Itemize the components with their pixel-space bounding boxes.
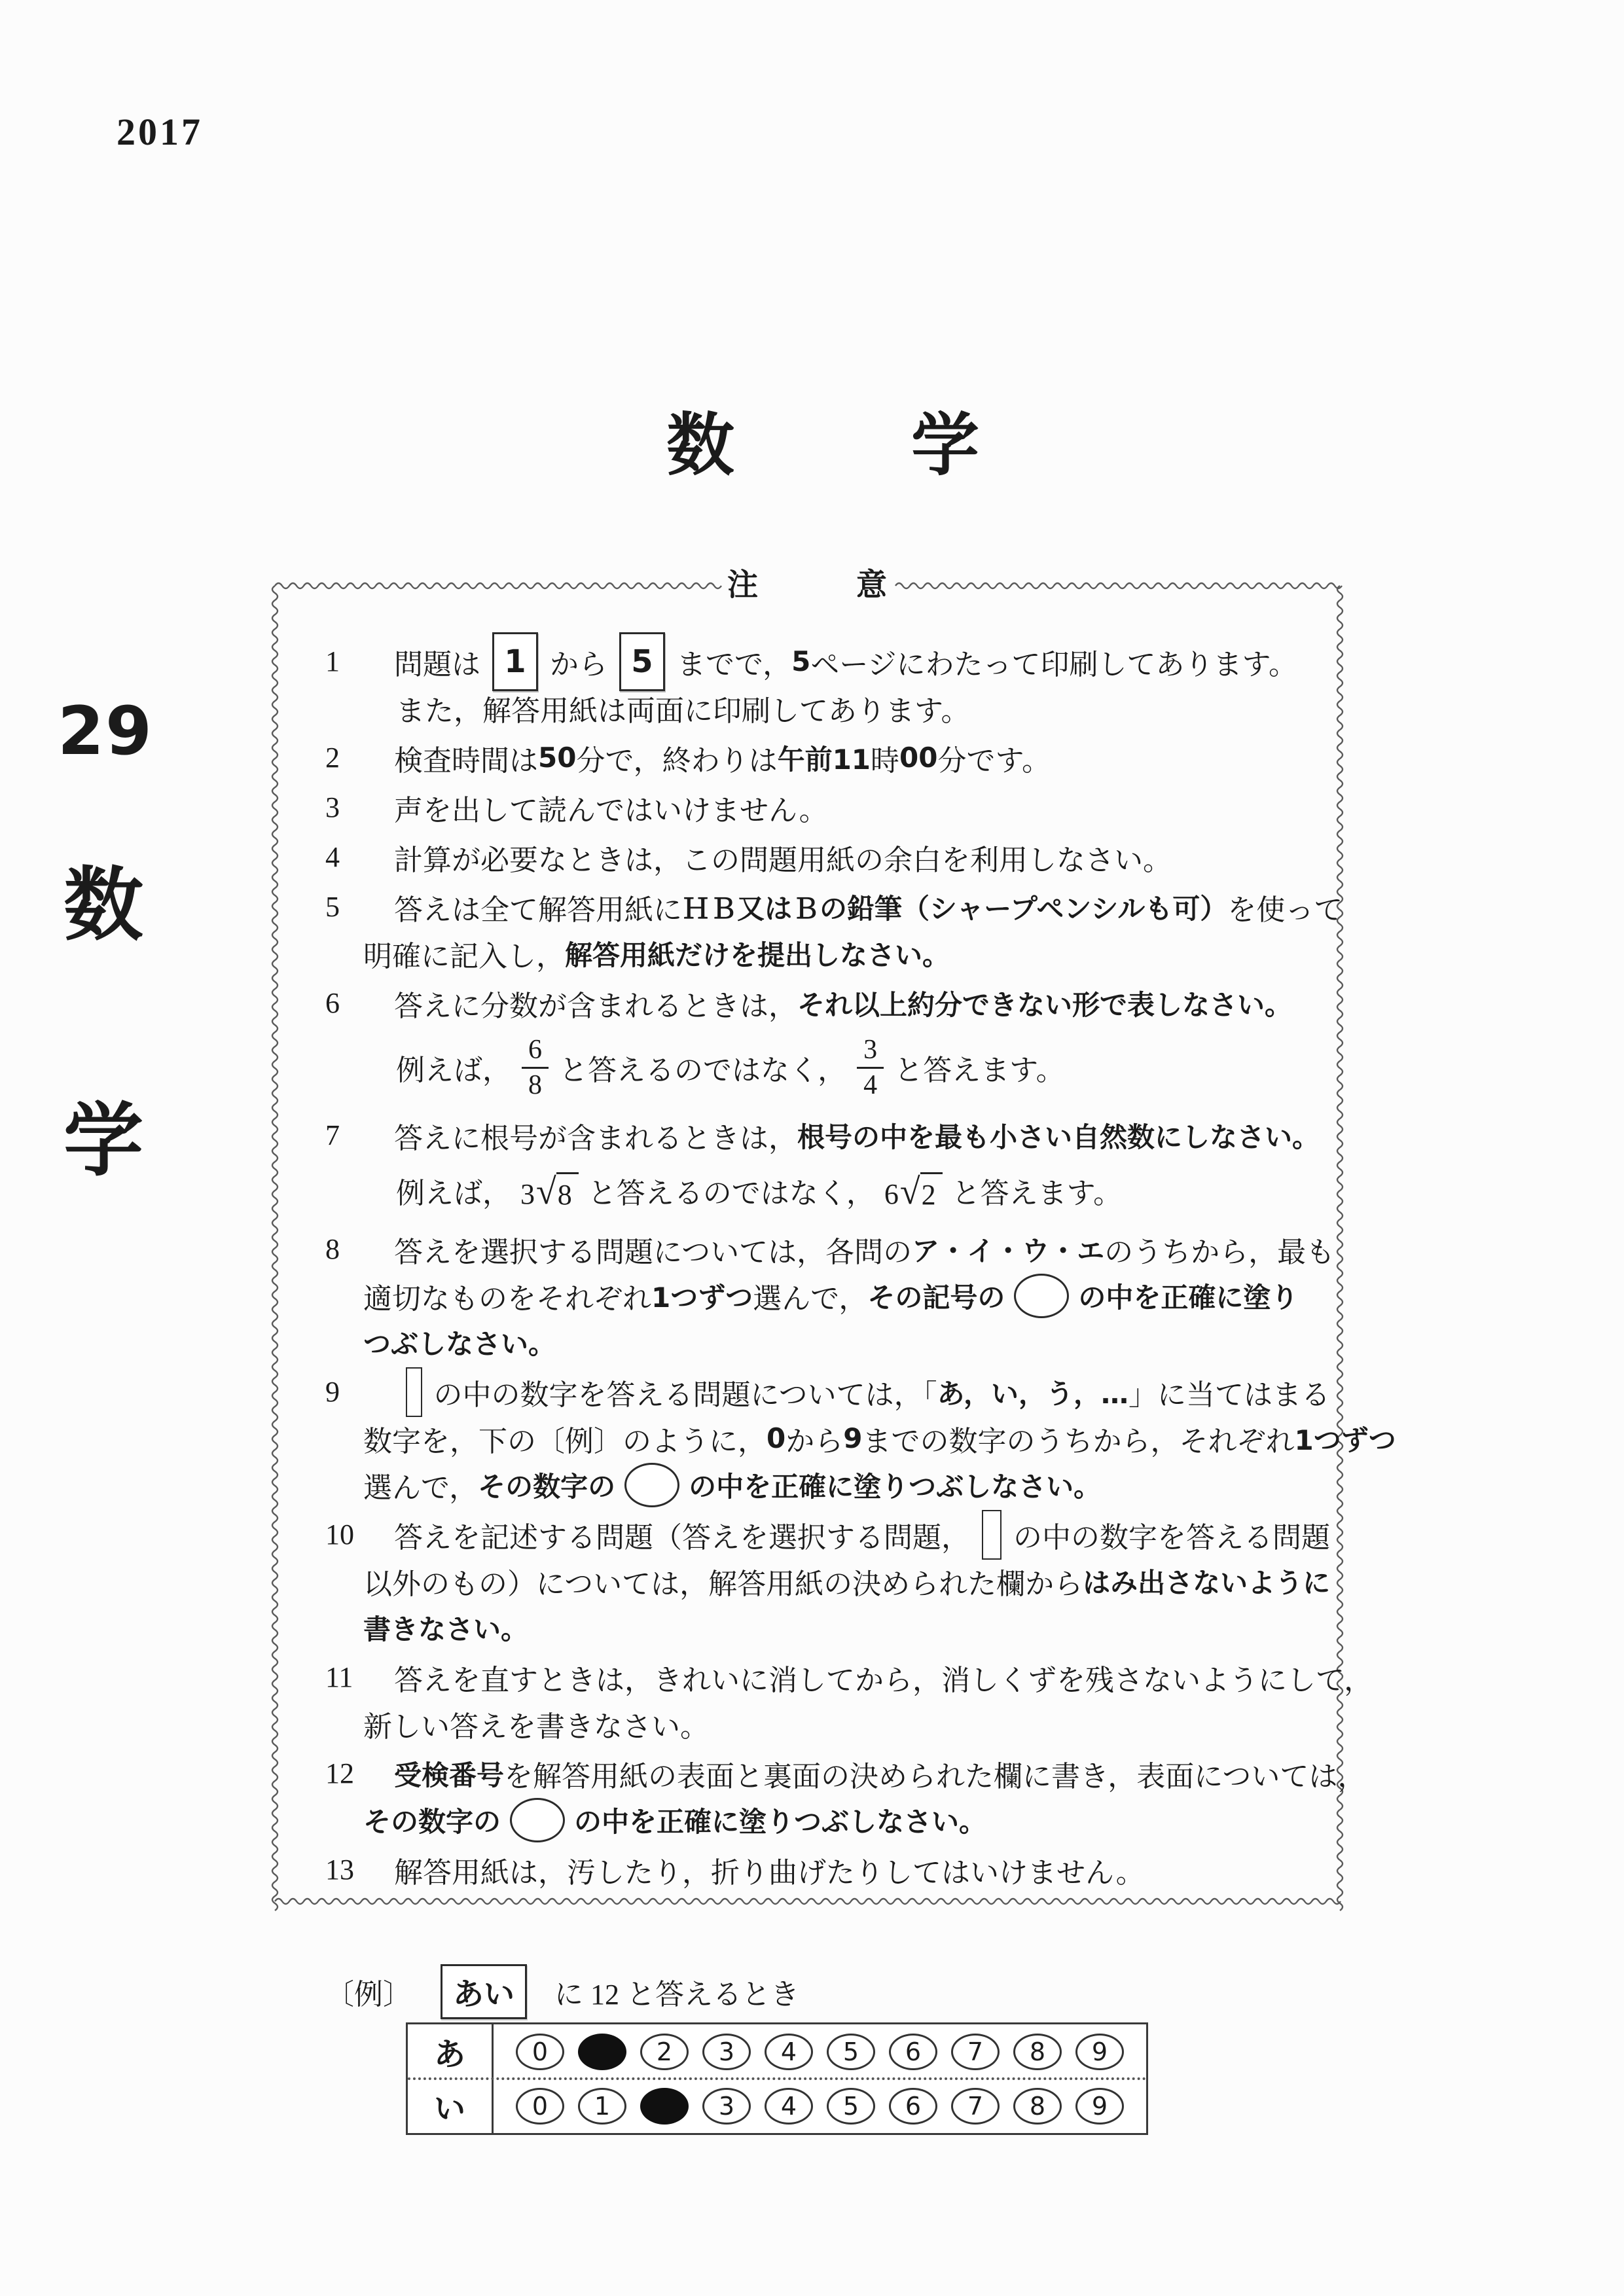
note-line: 明確に記入し，解答用紙だけを提出しなさい。 <box>325 930 1330 977</box>
note-text: 受検番号 <box>394 1754 504 1793</box>
note-text: 5 <box>791 645 810 677</box>
note-text: 午前11 <box>778 738 871 778</box>
notice-header-char-2: 意 <box>856 571 887 601</box>
bubble-あ-7: 7 <box>951 2034 1000 2070</box>
note-text: の中の数字を答える問題については，「 <box>434 1371 937 1413</box>
note-text: 答えは全て解答用紙に <box>394 886 682 928</box>
note-item-number: 6 <box>325 986 394 1020</box>
note-text: はみ出さないように <box>1083 1562 1330 1601</box>
note-line: 書きなさい。 <box>325 1604 1330 1651</box>
notice-box-border-top-right <box>895 582 1340 590</box>
example-answer-box: あい <box>441 1964 527 2019</box>
note-line: 選んで，その数字のの中を正確に塗りつぶしなさい。 <box>325 1462 1330 1508</box>
note-line: 10答えを記述する問題（答えを選択する問題，の中の数字を答える問題 <box>325 1511 1330 1558</box>
note-line: 8答えを選択する問題については，各問のア・イ・ウ・エのうちから，最も <box>325 1226 1330 1272</box>
note-text: の中を正確に塗りつぶしなさい。 <box>689 1465 1101 1505</box>
note-text: 選んで， <box>363 1464 478 1506</box>
bubble-い-5: 5 <box>827 2088 875 2125</box>
note-text: 分です。 <box>937 737 1050 779</box>
exam-cover-page: 2017 29 数 学 数 学 注 意 1問題は1から5までで，5ページにわたっ… <box>0 0 1624 2296</box>
note-text: 数字を，下の〔例〕のように， <box>363 1418 767 1460</box>
note-line: 4計算が必要なときは，この問題用紙の余白を利用しなさい。 <box>325 834 1330 880</box>
bubble-あ-0: 0 <box>516 2034 564 2070</box>
note-line: 数字を，下の〔例〕のように，0から9までの数字のうちから，それぞれ1つずつ <box>325 1415 1330 1462</box>
note-item-number: 7 <box>325 1119 394 1152</box>
note-text: を解答用紙の表面と裏面の決められた欄に書き，表面については， <box>504 1753 1366 1795</box>
note-text: 例えば， <box>396 1047 511 1088</box>
note-item-10: 10答えを記述する問題（答えを選択する問題，の中の数字を答える問題以外のもの）に… <box>325 1511 1330 1651</box>
note-text: その数字の <box>478 1465 615 1505</box>
title-char-2: 学 <box>911 411 979 479</box>
note-text: つぶしなさい。 <box>363 1323 556 1362</box>
note-item-number: 9 <box>325 1375 394 1408</box>
note-item-7: 7答えに根号が含まれるときは，根号の中を最も小さい自然数にしなさい。例えば，3√… <box>325 1112 1330 1223</box>
note-text: 00 <box>899 742 937 774</box>
note-text: 答えを直すときは，きれいに消してから，消しくずを残さないようにして， <box>394 1657 1373 1698</box>
bubble-あ-9: 9 <box>1075 2034 1124 2070</box>
note-line: 5答えは全て解答用紙にＨＢ又はＢの鉛筆（シャープペンシルも可）を使って <box>325 884 1330 930</box>
note-text: 選んで， <box>753 1275 867 1317</box>
note-text: 1つずつ <box>1294 1419 1396 1458</box>
note-line: 2検査時間は50分で，終わりは午前11時00分です。 <box>325 734 1330 781</box>
answer-number-box <box>982 1510 1001 1560</box>
note-text: 9 <box>843 1422 862 1454</box>
note-text: 答えを選択する問題については，各問の <box>394 1229 912 1270</box>
note-text: 解答用紙だけを提出しなさい。 <box>565 934 950 973</box>
example-row-い: い0123456789 <box>408 2079 1146 2133</box>
note-text: その数字の <box>363 1801 501 1840</box>
note-item-2: 2検査時間は50分で，終わりは午前11時00分です。 <box>325 734 1330 781</box>
note-line: 1問題は1から5までで，5ページにわたって印刷してあります。 <box>325 638 1330 685</box>
note-item-13: 13解答用紙は，汚したり，折り曲げたりしてはいけません。 <box>325 1846 1330 1893</box>
note-item-5: 5答えは全て解答用紙にＨＢ又はＢの鉛筆（シャープペンシルも可）を使って明確に記入… <box>325 884 1330 977</box>
radicand: 8 <box>556 1172 579 1210</box>
side-grade-label: 29 <box>58 692 149 770</box>
notice-box-border-bottom <box>275 1897 1340 1905</box>
note-item-number: 10 <box>325 1518 394 1551</box>
note-text: 答えを記述する問題（答えを選択する問題， <box>394 1514 970 1556</box>
note-text: を使って <box>1227 886 1343 928</box>
bubble-い-3: 3 <box>702 2088 751 2125</box>
note-text: 0 <box>767 1422 785 1454</box>
bubble-い-0: 0 <box>516 2088 564 2125</box>
note-item-8: 8答えを選択する問題については，各問のア・イ・ウ・エのうちから，最も適切なものを… <box>325 1226 1330 1365</box>
note-text: と答えます。 <box>952 1170 1122 1211</box>
note-text: 適切なものをそれぞれ <box>363 1275 651 1317</box>
problem-number-box: 5 <box>619 632 665 691</box>
note-text: 答えに分数が含まれるときは， <box>394 982 797 1024</box>
note-text: 分で，終わりは <box>576 737 777 779</box>
mark-bubble-icon <box>510 1798 565 1842</box>
radical-sign-icon: √ <box>900 1174 920 1210</box>
radicand: 2 <box>920 1172 943 1210</box>
bubble-あ-6: 6 <box>889 2034 937 2070</box>
note-text: と答えるのではなく， <box>559 1047 846 1088</box>
note-item-9: 9の中の数字を答える問題については，「あ，い，う，…」に当てはまる数字を，下の〔… <box>325 1369 1330 1508</box>
note-item-6: 6答えに分数が含まれるときは，それ以上約分できない形で表しなさい。例えば，68と… <box>325 980 1330 1109</box>
radical-coefficient: 3 <box>520 1172 535 1209</box>
bubble-い-9: 9 <box>1075 2088 1124 2125</box>
note-text: のうちから，最も <box>1104 1229 1335 1270</box>
fraction: 34 <box>857 1035 884 1100</box>
note-text: それ以上約分できない形で表しなさい。 <box>797 984 1292 1023</box>
note-text: 根号の中を最も小さい自然数にしなさい。 <box>797 1116 1320 1155</box>
note-text: 」に当てはまる <box>1128 1371 1330 1413</box>
note-text: の中を正確に塗りつぶしなさい。 <box>574 1801 986 1840</box>
note-text: 新しい答えを書きなさい。 <box>363 1703 709 1745</box>
note-text: 時 <box>871 737 899 779</box>
example-row-label: あ <box>408 2024 494 2079</box>
note-item-1: 1問題は1から5までで，5ページにわたって印刷してあります。また，解答用紙は両面… <box>325 638 1330 731</box>
note-text: 例えば， <box>396 1170 511 1211</box>
radical-expression: 3√8 <box>520 1172 579 1210</box>
title-char-1: 数 <box>666 411 734 479</box>
page-title: 数 学 <box>666 411 979 479</box>
bubble-あ-5: 5 <box>827 2034 875 2070</box>
note-line: 以外のもの）については，解答用紙の決められた欄からはみ出さないように <box>325 1558 1330 1604</box>
notice-box-border-right <box>1336 586 1344 1901</box>
example-label: 〔例〕 <box>325 1971 412 2013</box>
note-item-3: 3声を出して読んではいけません。 <box>325 784 1330 831</box>
notice-box-border-top-left <box>275 582 720 590</box>
note-item-number: 12 <box>325 1757 394 1790</box>
note-line: つぶしなさい。 <box>325 1319 1330 1365</box>
note-line: また，解答用紙は両面に印刷してあります。 <box>325 685 1330 731</box>
note-text: 答えに根号が含まれるときは， <box>394 1115 797 1157</box>
note-line: 12受検番号を解答用紙の表面と裏面の決められた欄に書き，表面については， <box>325 1750 1330 1797</box>
exam-year: 2017 <box>117 110 203 154</box>
bubble-い-6: 6 <box>889 2088 937 2125</box>
note-line: 3声を出して読んではいけません。 <box>325 784 1330 831</box>
example-row-あ: あ0123456789 <box>408 2024 1146 2079</box>
note-text: 声を出して読んではいけません。 <box>394 787 828 829</box>
mark-bubble-icon <box>624 1463 679 1507</box>
example-bubble-strip: 0123456789 <box>494 2024 1146 2079</box>
note-item-12: 12受検番号を解答用紙の表面と裏面の決められた欄に書き，表面については，その数字… <box>325 1750 1330 1843</box>
note-line: 例えば，68と答えるのではなく，34と答えます。 <box>325 1026 1330 1109</box>
note-item-number: 1 <box>325 645 394 678</box>
notice-header: 注 意 <box>727 571 887 601</box>
note-item-number: 13 <box>325 1853 394 1886</box>
note-text: の中を正確に塗り <box>1078 1276 1298 1316</box>
note-text: から <box>550 641 607 683</box>
bubble-あ-3: 3 <box>702 2034 751 2070</box>
fraction-denominator: 4 <box>863 1069 877 1100</box>
fraction-denominator: 8 <box>528 1069 542 1100</box>
side-subject-char-1: 数 <box>58 865 149 945</box>
problem-number-box: 1 <box>492 632 538 691</box>
note-line: 6答えに分数が含まれるときは，それ以上約分できない形で表しなさい。 <box>325 980 1330 1026</box>
notice-items-list: 1問題は1から5までで，5ページにわたって印刷してあります。また，解答用紙は両面… <box>325 638 1330 1896</box>
note-line: 7答えに根号が含まれるときは，根号の中を最も小さい自然数にしなさい。 <box>325 1112 1330 1158</box>
note-text: から <box>785 1418 843 1460</box>
note-item-number: 4 <box>325 840 394 874</box>
note-text: までの数字のうちから，それぞれ <box>862 1418 1294 1460</box>
bubble-あ-8: 8 <box>1013 2034 1062 2070</box>
note-line: 9の中の数字を答える問題については，「あ，い，う，…」に当てはまる <box>325 1369 1330 1415</box>
example-bubble-strip: 0123456789 <box>494 2079 1146 2133</box>
example-bubble-table: あ0123456789い0123456789 <box>406 2022 1148 2135</box>
fraction: 68 <box>522 1035 549 1100</box>
note-text: ＨＢ又はＢの鉛筆（シャープペンシルも可） <box>682 888 1227 927</box>
note-line: 11答えを直すときは，きれいに消してから，消しくずを残さないようにして， <box>325 1654 1330 1700</box>
note-text: と答えます。 <box>894 1047 1064 1088</box>
note-text: 問題は <box>394 641 480 683</box>
note-line: 新しい答えを書きなさい。 <box>325 1700 1330 1747</box>
bubble-い-1: 1 <box>578 2088 626 2125</box>
notice-box-border-left <box>271 586 279 1901</box>
bubble-あ-4: 4 <box>765 2034 813 2070</box>
note-item-number: 3 <box>325 791 394 824</box>
filled-bubble-い-2: 2 <box>640 2088 689 2125</box>
mark-bubble-icon <box>1014 1274 1069 1318</box>
note-text: の中の数字を答える問題 <box>1013 1514 1330 1556</box>
radical-sign-icon: √ <box>536 1174 556 1210</box>
note-text: 1つずつ <box>651 1276 753 1316</box>
note-text: あ，い，う，… <box>937 1372 1128 1412</box>
note-line: その数字のの中を正確に塗りつぶしなさい。 <box>325 1797 1330 1843</box>
note-item-number: 11 <box>325 1660 394 1694</box>
note-text: ページにわたって印刷してあります。 <box>810 641 1297 683</box>
note-text: 検査時間は <box>394 737 538 779</box>
example-row-label: い <box>408 2079 494 2133</box>
note-text: 以外のもの）については，解答用紙の決められた欄から <box>363 1560 1083 1602</box>
note-line: 13解答用紙は，汚したり，折り曲げたりしてはいけません。 <box>325 1846 1330 1893</box>
note-item-11: 11答えを直すときは，きれいに消してから，消しくずを残さないようにして，新しい答… <box>325 1654 1330 1747</box>
note-text: と答えるのではなく， <box>588 1170 875 1211</box>
note-text: 50 <box>538 742 576 774</box>
note-text: 書きなさい。 <box>363 1608 528 1647</box>
note-line: 適切なものをそれぞれ1つずつ選んで，その記号のの中を正確に塗り <box>325 1272 1330 1319</box>
side-subject-char-2: 学 <box>58 1101 149 1181</box>
note-text: 解答用紙は，汚したり，折り曲げたりしてはいけません。 <box>394 1849 1145 1891</box>
answer-number-box <box>406 1367 422 1417</box>
filled-bubble-あ-1: 1 <box>578 2034 626 2070</box>
notice-header-char-1: 注 <box>727 571 758 601</box>
note-text: また，解答用紙は両面に印刷してあります。 <box>396 687 969 729</box>
bubble-い-8: 8 <box>1013 2088 1062 2125</box>
example-caption-row: 〔例〕 あい に 12 と答えるとき <box>325 1964 799 2020</box>
fraction-numerator: 6 <box>522 1035 549 1069</box>
note-text: ア・イ・ウ・エ <box>912 1230 1104 1269</box>
example-table-dotted-divider <box>408 2077 1146 2080</box>
note-text: 明確に記入し， <box>363 933 565 975</box>
note-item-number: 8 <box>325 1232 394 1266</box>
bubble-い-4: 4 <box>765 2088 813 2125</box>
note-text: までで， <box>677 641 791 683</box>
note-line: 例えば，3√8と答えるのではなく，6√2と答えます。 <box>325 1158 1330 1223</box>
note-text: その記号の <box>867 1276 1005 1316</box>
bubble-い-7: 7 <box>951 2088 1000 2125</box>
fraction-numerator: 3 <box>857 1035 884 1069</box>
example-caption: に 12 と答えるとき <box>554 1971 799 2013</box>
bubble-あ-2: 2 <box>640 2034 689 2070</box>
note-item-number: 5 <box>325 890 394 924</box>
radical-expression: 6√2 <box>884 1172 943 1210</box>
radical-coefficient: 6 <box>884 1172 899 1209</box>
note-item-4: 4計算が必要なときは，この問題用紙の余白を利用しなさい。 <box>325 834 1330 880</box>
note-text: 計算が必要なときは，この問題用紙の余白を利用しなさい。 <box>394 836 1172 878</box>
note-item-number: 2 <box>325 741 394 774</box>
